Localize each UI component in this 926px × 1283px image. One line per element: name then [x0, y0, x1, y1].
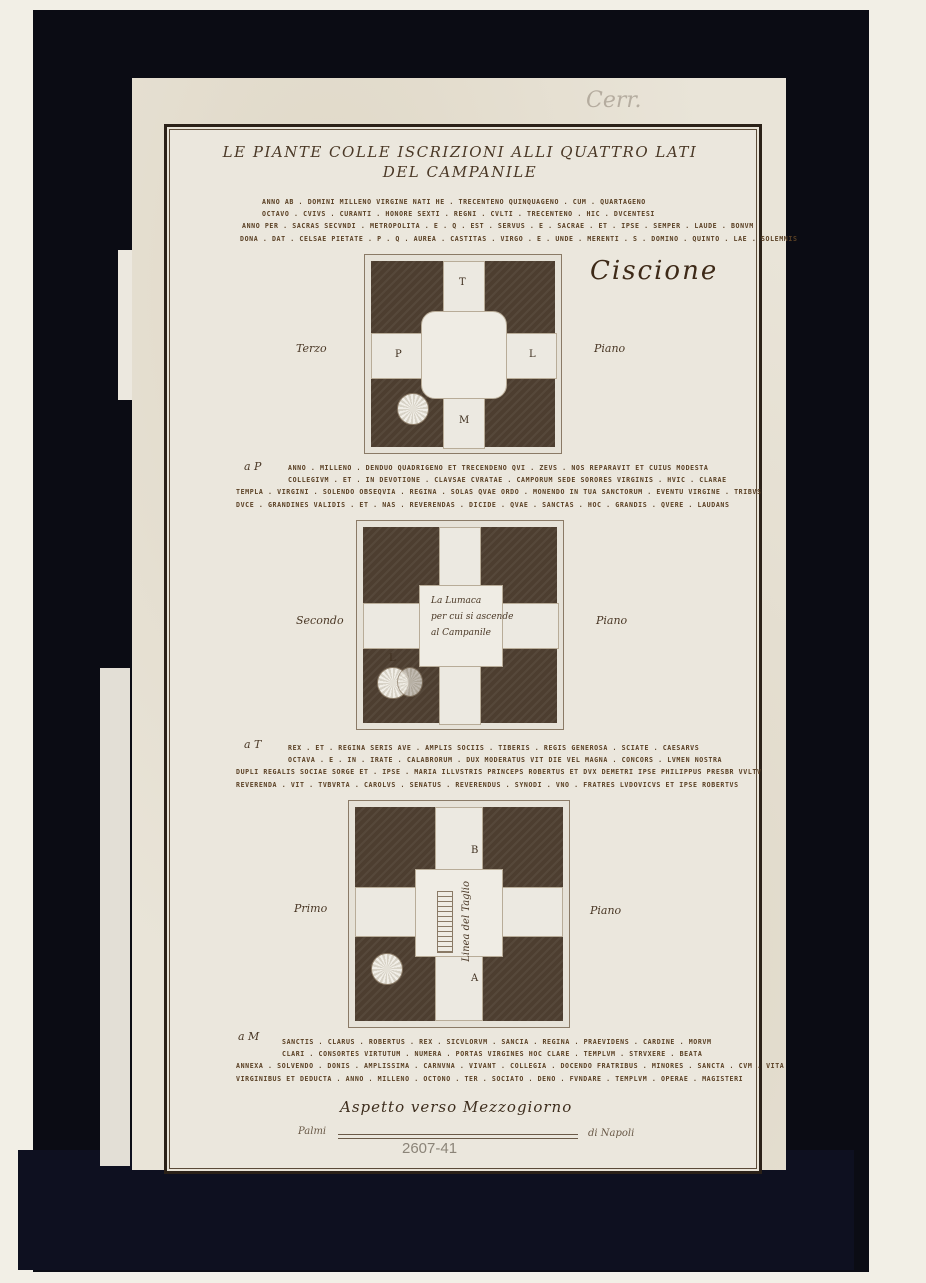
inscription-line: DUPLI REGALIS SOCIAE SORGE ET . IPSE . M… [236, 766, 762, 778]
plan-letter-p: P [395, 349, 402, 360]
floor-plan-first: Linea del Taglio B A [348, 800, 570, 1028]
pencil-note-top: Cerr. [586, 88, 641, 113]
spiral-staircase [397, 393, 429, 425]
floor-label-right: Piano [596, 614, 627, 627]
inscription-line: ANNO . MILLENO . DENDUO QUADRIGENO ET TR… [288, 462, 762, 474]
inscription-side-t: REX . ET . REGINA SERIS AVE . AMPLIS SOC… [288, 742, 762, 791]
inscription-line: OCTAVO . CVIVS . CURANTI . HONORE SEXTI … [262, 208, 798, 220]
staircase-steps [437, 891, 453, 953]
central-chamber [415, 869, 503, 957]
inscription-line: REX . ET . REGINA SERIS AVE . AMPLIS SOC… [288, 742, 762, 754]
inscription-line: CLARI . CONSORTES VIRTUTUM . NUMERA . PO… [282, 1048, 784, 1060]
inscription-side-m: SANCTIS . CLARUS . ROBERTUS . REX . SICV… [282, 1036, 784, 1085]
center-note-line: La Lumaca [431, 593, 513, 609]
signature: Ciscione [590, 256, 718, 286]
spiral-staircase [397, 667, 423, 697]
inscription-line: ANNO AB . DOMINI MILLENO VIRGINE NATI HE… [262, 196, 798, 208]
inscription-line: SANCTIS . CLARUS . ROBERTUS . REX . SICV… [282, 1036, 784, 1048]
floor-plan-third: T P L M [364, 254, 562, 454]
document-title: Le Piante colle iscrizioni alli quattro … [200, 142, 720, 182]
inscription-line: TEMPLA . VIRGINI . SOLENDO OBSEQVIA . RE… [236, 486, 762, 498]
inscription-line: ANNO PER . SACRAS SECVNDI . METROPOLITA … [242, 220, 798, 232]
center-note-line: per cui si ascende [431, 609, 513, 625]
floor-plan-second: La Lumaca per cui si ascende al Campanil… [356, 520, 564, 730]
inscription-line: VIRGINIBUS ET DEDUCTA . ANNO . MILLENO .… [236, 1073, 784, 1085]
plan-letter-m: M [459, 415, 469, 426]
side-label-t: a T [244, 738, 261, 751]
inscription-top: ANNO AB . DOMINI MILLENO VIRGINE NATI HE… [262, 196, 798, 245]
plan-letter-l: L [389, 653, 396, 664]
plan-letter-l: L [529, 349, 536, 360]
scale-label-left: Palmi [298, 1126, 326, 1137]
scale-label-right: di Napoli [588, 1128, 634, 1139]
floor-label-left: Terzo [296, 342, 327, 355]
scale-bar [338, 1134, 578, 1139]
side-label-m: a M [238, 1030, 259, 1043]
center-note: Linea del Taglio [461, 881, 472, 962]
plan-letter-a: A [471, 973, 478, 984]
central-chamber [421, 311, 507, 399]
floor-label-left: Secondo [296, 614, 344, 627]
center-note: La Lumaca per cui si ascende al Campanil… [431, 593, 513, 641]
title-line-2: del Campanile [200, 162, 720, 182]
inscription-line: REVERENDA . VIT . TVBVRTA . CAROLVS . SE… [236, 779, 762, 791]
floor-label-right: Piano [590, 904, 621, 917]
inscription-line: DONA . DAT . CELSAE PIETATE . P . Q . AU… [240, 233, 798, 245]
inscription-line: COLLEGIVM . ET . IN DEVOTIONE . CLAVSAE … [288, 474, 762, 486]
inscription-side-p: ANNO . MILLENO . DENDUO QUADRIGENO ET TR… [288, 462, 762, 511]
plan-letter-t: T [459, 277, 466, 288]
inscription-line: ANNEXA . SOLVENDO . DONIS . AMPLISSIMA .… [236, 1060, 784, 1072]
floor-label-left: Primo [294, 902, 327, 915]
spiral-staircase [371, 953, 403, 985]
inscription-line: OCTAVA . E . IN . IRATE . CALABRORUM . D… [288, 754, 762, 766]
side-label-p: a P [244, 460, 261, 473]
center-note-line: al Campanile [431, 625, 513, 641]
floor-label-right: Piano [594, 342, 625, 355]
inscription-line: DVCE . GRANDINES VALIDIS . ET . NAS . RE… [236, 499, 762, 511]
inventory-number: 2607-41 [402, 1140, 457, 1157]
paper-strip-left-lower [100, 668, 130, 1166]
plan-caption: Aspetto verso Mezzogiorno [340, 1098, 572, 1116]
title-line-1: Le Piante colle iscrizioni alli quattro … [200, 142, 720, 162]
plan-letter-b: B [471, 845, 478, 856]
